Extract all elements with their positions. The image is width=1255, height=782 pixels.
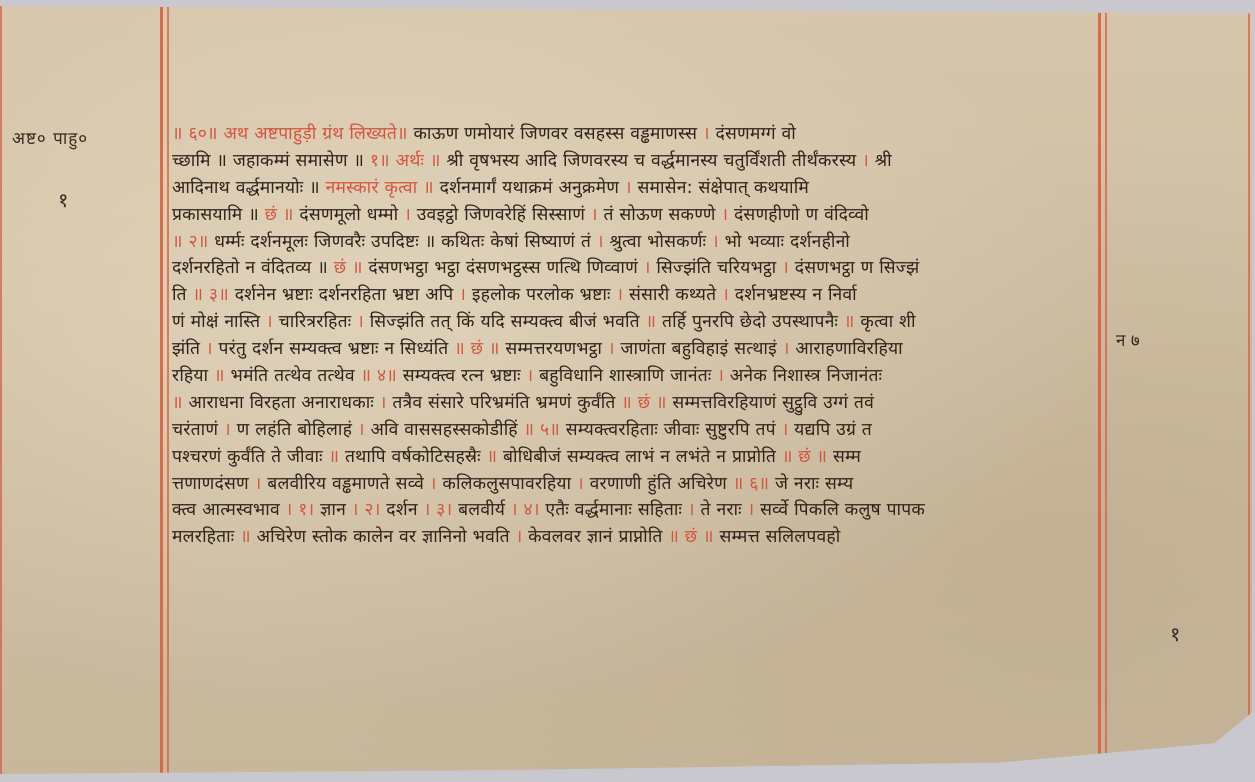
- body-text: णं मोक्षं नास्ति: [172, 312, 266, 332]
- rubric-text: ।: [616, 285, 629, 305]
- rubric-text: ।: [577, 474, 590, 494]
- body-text: संसारी कथ्यते: [629, 285, 722, 305]
- rubric-text: ।: [459, 285, 472, 305]
- rubric-text: ।: [748, 500, 761, 520]
- body-text: सम्मत्तरयणभट्ठा: [505, 339, 608, 359]
- body-text: अवि वाससहस्सकोडीहिं: [370, 420, 523, 440]
- manuscript-folio: अष्ट० पाहु० १ ॥ ६०॥ अथ अष्टपाहुड़ी ग्रंथ…: [0, 6, 1252, 774]
- rubric-text: ॥ ६०॥ अथ अष्टपाहुड़ी ग्रंथ लिख्यते॥: [172, 124, 413, 144]
- rubric-text: ।: [266, 312, 279, 332]
- body-text: सिज्झंति चरियभट्ठा: [656, 258, 782, 278]
- rubric-text: ।: [206, 339, 219, 359]
- rubric-text: ।: [644, 258, 657, 278]
- margin-note: न ७: [1116, 328, 1140, 351]
- rubric-text: ॥: [646, 312, 662, 332]
- manuscript-text-block: ॥ ६०॥ अथ अष्टपाहुड़ी ग्रंथ लिख्यते॥ काऊण…: [172, 121, 1102, 551]
- body-text: आराहणाविरहिया: [795, 339, 903, 359]
- rubric-text: ॥ ५॥: [524, 420, 566, 440]
- body-text: यद्यपि उग्रं त: [794, 420, 872, 440]
- body-text: तं सोऊण सकण्णे: [603, 205, 721, 225]
- body-text: तथापि वर्षकोटिसहस्रैः: [345, 447, 487, 467]
- rubric-text: ।: [591, 205, 604, 225]
- rubric-text: ।: [516, 527, 529, 547]
- body-text: श्री: [875, 151, 892, 171]
- rubric-text: ॥: [844, 312, 860, 332]
- rubric-text: । ३।: [424, 500, 459, 520]
- body-text: सम्यक्त्वरहिताः जीवाः सुष्टुरपि तपं: [566, 420, 782, 440]
- body-text: सम्म: [833, 447, 861, 467]
- body-text: त्तणाणदंसण: [172, 474, 255, 494]
- body-text: पश्चरणं कुर्वंति ते जीवाः: [172, 447, 329, 467]
- rubric-text: ॥ छं ॥: [668, 527, 719, 547]
- rubric-text: ॥ ३॥: [192, 285, 234, 305]
- rubric-text: ॥: [240, 527, 256, 547]
- rubric-text: ॥ ६॥: [733, 474, 775, 494]
- body-text: दर्शनभ्रष्टस्य न निर्वा: [735, 285, 857, 305]
- body-text: बहुविधानि शास्त्राणि जानंतः: [539, 366, 717, 386]
- body-text: आराधना विरहता अनाराधकाः: [188, 393, 379, 413]
- rubric-text: छं ॥: [334, 258, 369, 278]
- body-text: चरंताणं: [172, 420, 224, 440]
- manuscript-line: आदिनाथ वर्द्धमानयोः ॥ नमस्कारं कृत्वा ॥ …: [172, 175, 1102, 202]
- right-margin: न ७ १: [1108, 6, 1248, 774]
- body-text: दर्शनमार्गं यथाक्रमं अनुक्रमेण: [440, 178, 625, 198]
- rubric-text: ।: [782, 420, 795, 440]
- folio-number-left: १: [58, 186, 68, 213]
- rubric-text: ।: [862, 151, 875, 171]
- body-text: दंसणभट्ठा ण सिज्झं: [795, 258, 920, 278]
- body-text: ति: [172, 285, 192, 305]
- body-text: च्छामि ॥ जहाकम्मं समासेण ॥: [172, 151, 370, 171]
- rubric-text: ॥ ४॥: [361, 366, 403, 386]
- body-text: ते नराः: [701, 500, 748, 520]
- body-text: सिज्झंति तत् किं यदि सम्यक्त्व बीजं भवति: [370, 312, 646, 332]
- manuscript-line: चरंताणं । ण लहंति बोहिलाहं । अवि वाससहस्…: [172, 417, 1102, 444]
- manuscript-line: क्त्व आत्मस्वभाव । १। ज्ञान । २। दर्शन ।…: [172, 497, 1102, 524]
- body-text: चारित्ररहितः: [279, 312, 357, 332]
- rubric-text: ।: [717, 366, 730, 386]
- folio-number-right: १: [1170, 620, 1180, 647]
- right-edge-rule: [1248, 6, 1250, 774]
- manuscript-line: झंति । परंतु दर्शन सम्यक्त्व भ्रष्टाः न …: [172, 336, 1102, 363]
- body-text: परंतु दर्शन सम्यक्त्व भ्रष्टाः न सिध्यंत…: [219, 339, 455, 359]
- rubric-text: ।: [224, 420, 237, 440]
- margin-short-title: अष्ट० पाहु०: [12, 126, 88, 149]
- manuscript-line: पश्चरणं कुर्वंति ते जीवाः ॥ तथापि वर्षको…: [172, 444, 1102, 471]
- rubric-text: ।: [688, 500, 701, 520]
- left-margin-rule-inner: [167, 6, 169, 774]
- rubric-text: । २।: [352, 500, 387, 520]
- body-text: श्री वृषभस्य आदि जिणवरस्य च वर्द्धमानस्य…: [446, 151, 862, 171]
- body-text: इहलोक परलोक भ्रष्टाः: [472, 285, 617, 305]
- body-text: मलरहिताः: [172, 527, 240, 547]
- body-text: दंसणमग्गं वो: [716, 124, 796, 144]
- rubric-text: ।: [404, 205, 417, 225]
- rubric-text: ।: [358, 420, 371, 440]
- rubric-text: ।: [722, 285, 735, 305]
- body-text: तत्रैव संसारे परिभ्रमंति भ्रमणं कुर्वंति: [392, 393, 621, 413]
- rubric-text: ।: [357, 312, 370, 332]
- manuscript-line: त्तणाणदंसण । बलवीरिय वड्ढमाणते सव्वे । क…: [172, 471, 1102, 498]
- body-text: आदिनाथ वर्द्धमानयोः ॥: [172, 178, 326, 198]
- rubric-text: ॥: [214, 366, 230, 386]
- body-text: दंसणभट्ठा भट्ठा दंसणभट्ठस्स णत्थि णिव्वा…: [368, 258, 643, 278]
- body-text: अनेक निशास्त्र निजानंतः: [730, 366, 882, 386]
- rubric-text: ॥ छं ॥: [454, 339, 505, 359]
- body-text: भमंति तत्थेव तत्थेव: [230, 366, 360, 386]
- body-text: धर्म्मः दर्शनमूलः जिणवरैः उपदिष्टः ॥ कथि…: [214, 232, 597, 252]
- rubric-text: ।: [712, 232, 725, 252]
- body-text: वरणाणी हुंति अचिरेण: [590, 474, 733, 494]
- body-text: तर्हि पुनरपि छेदो उपस्थापनैः: [662, 312, 844, 332]
- rubric-text: ।: [625, 178, 638, 198]
- manuscript-line: ति ॥ ३॥ दर्शनेन भ्रष्टाः दर्शनरहिता भ्रष…: [172, 282, 1102, 309]
- rubric-text: ।: [608, 339, 621, 359]
- manuscript-line: ॥ ६०॥ अथ अष्टपाहुड़ी ग्रंथ लिख्यते॥ काऊण…: [172, 121, 1102, 148]
- manuscript-line: ॥ आराधना विरहता अनाराधकाः । तत्रैव संसार…: [172, 390, 1102, 417]
- body-text: सम्मत्तविरहियाणं सुट्ठुवि उग्गं तवं: [672, 393, 874, 413]
- rubric-text: ॥ २॥: [172, 232, 214, 252]
- body-text: जाणंता बहुविहाइं सत्थाइं: [620, 339, 782, 359]
- body-text: दर्शनेन भ्रष्टाः दर्शनरहिता भ्रष्टा अपि: [235, 285, 460, 305]
- body-text: भो भव्याः दर्शनहीनो: [725, 232, 850, 252]
- body-text: दंसणमूलो धम्मो: [299, 205, 404, 225]
- body-text: दंसणहीणो ण वंदिव्वो: [734, 205, 869, 225]
- rubric-text: ।: [721, 205, 734, 225]
- rubric-text: ।: [703, 124, 716, 144]
- rubric-text: ॥: [172, 393, 188, 413]
- rubric-text: ॥: [329, 447, 345, 467]
- rubric-text: ।: [527, 366, 540, 386]
- body-text: केवलवर ज्ञानं प्राप्नोति: [528, 527, 668, 547]
- body-text: बोधिबीजं सम्यक्त्व लाभं न लभंते न प्राप्…: [503, 447, 782, 467]
- left-margin: अष्ट० पाहु० १: [0, 6, 163, 774]
- manuscript-line: ॥ २॥ धर्म्मः दर्शनमूलः जिणवरैः उपदिष्टः …: [172, 229, 1102, 256]
- body-text: रहिया: [172, 366, 214, 386]
- manuscript-line: च्छामि ॥ जहाकम्मं समासेण ॥ १॥ अर्थः ॥ श्…: [172, 148, 1102, 175]
- rubric-text: ॥: [487, 447, 503, 467]
- body-text: सर्व्वे पिकलि कलुष पापक: [760, 500, 925, 520]
- rubric-text: ।: [783, 339, 796, 359]
- body-text: प्रकासयामि ॥: [172, 205, 265, 225]
- body-text: ज्ञान: [320, 500, 352, 520]
- rubric-text: ।: [380, 393, 393, 413]
- body-text: कलिकलुसपावरहिया: [442, 474, 577, 494]
- rubric-text: ।: [597, 232, 610, 252]
- rubric-text: । ४।: [511, 500, 546, 520]
- body-text: दर्शनरहितो न वंदितव्य ॥: [172, 258, 334, 278]
- body-text: सम्यक्त्व रत्न भ्रष्टाः: [403, 366, 527, 386]
- manuscript-line: णं मोक्षं नास्ति । चारित्ररहितः । सिज्झं…: [172, 309, 1102, 336]
- manuscript-line: प्रकासयामि ॥ छं ॥ दंसणमूलो धम्मो । उवइट्…: [172, 202, 1102, 229]
- rubric-text: ।: [430, 474, 443, 494]
- manuscript-line: रहिया ॥ भमंति तत्थेव तत्थेव ॥ ४॥ सम्यक्त…: [172, 363, 1102, 390]
- body-text: दर्शन: [386, 500, 423, 520]
- body-text: झंति: [172, 339, 206, 359]
- body-text: समासेन: संक्षेपात् कथयामि: [637, 178, 809, 198]
- body-text: क्त्व आत्मस्वभाव: [172, 500, 286, 520]
- body-text: श्रुत्वा भोसकर्णः: [609, 232, 712, 252]
- rubric-text: ॥ छं ॥: [621, 393, 672, 413]
- rubric-text: नमस्कारं कृत्वा ॥: [326, 178, 440, 198]
- rubric-text: छं ॥: [265, 205, 300, 225]
- manuscript-line: दर्शनरहितो न वंदितव्य ॥ छं ॥ दंसणभट्ठा भ…: [172, 255, 1102, 282]
- body-text: बलवीर्य: [458, 500, 511, 520]
- body-text: कृत्वा शी: [860, 312, 915, 332]
- body-text: सम्मत्त सलिलपवहो: [719, 527, 840, 547]
- body-text: काऊण णमोयारं जिणवर वसहस्स वड्ढमाणस्स: [413, 124, 702, 144]
- body-text: उवइट्ठो जिणवरेहिं सिस्साणं: [417, 205, 591, 225]
- body-text: अचिरेण स्तोक कालेन वर ज्ञानिनो भवति: [257, 527, 516, 547]
- rubric-text: ।: [782, 258, 795, 278]
- body-text: एतैः वर्द्धमानाः सहिताः: [545, 500, 687, 520]
- body-text: बलवीरिय वड्ढमाणते सव्वे: [267, 474, 430, 494]
- manuscript-line: मलरहिताः ॥ अचिरेण स्तोक कालेन वर ज्ञानिन…: [172, 524, 1102, 551]
- body-text: ण लहंति बोहिलाहं: [237, 420, 358, 440]
- rubric-text: ।: [255, 474, 268, 494]
- rubric-text: ॥ छं ॥: [782, 447, 833, 467]
- body-text: जे नराः सम्य: [775, 474, 853, 494]
- rubric-text: । १।: [286, 500, 321, 520]
- right-margin-rule-outer: [1105, 6, 1107, 774]
- rubric-text: १॥ अर्थः ॥: [370, 151, 446, 171]
